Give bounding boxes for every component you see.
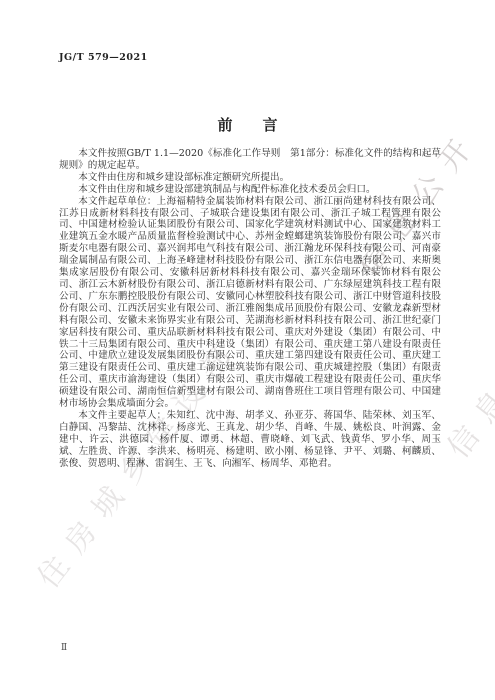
watermark-text-right-edge: 信息公开 <box>435 300 495 466</box>
document-page: 信息公开 住房城乡建设部 信息公开 JG/T 579—2021 前 言 本文件按… <box>0 0 495 700</box>
paragraph-main-drafters: 本文件主要起草人：朱知红、沈中海、胡孝义、孙亚芬、蒋国华、陆荣林、刘玉军、白静国… <box>59 410 441 470</box>
paragraph-proposed-by: 本文件由住房和城乡建设部标准定额研究所提出。 <box>59 172 441 184</box>
foreword-title: 前 言 <box>0 114 495 135</box>
paragraph-centralized-by: 本文件由住房和城乡建设部建筑制品与构配件标准化技术委员会归口。 <box>59 184 441 196</box>
paragraph-drafting-rules: 本文件按照GB/T 1.1—2020《标准化工作导则 第1部分：标准化文件的结构… <box>59 148 441 172</box>
standard-number-header: JG/T 579—2021 <box>59 52 148 63</box>
page-number: Ⅱ <box>61 643 67 653</box>
foreword-body: 本文件按照GB/T 1.1—2020《标准化工作导则 第1部分：标准化文件的结构… <box>59 148 441 469</box>
paragraph-drafting-organizations: 本文件起草单位：上海福精特金属装饰材料有限公司、浙江丽尚建材科技有限公司、江苏日… <box>59 196 441 410</box>
